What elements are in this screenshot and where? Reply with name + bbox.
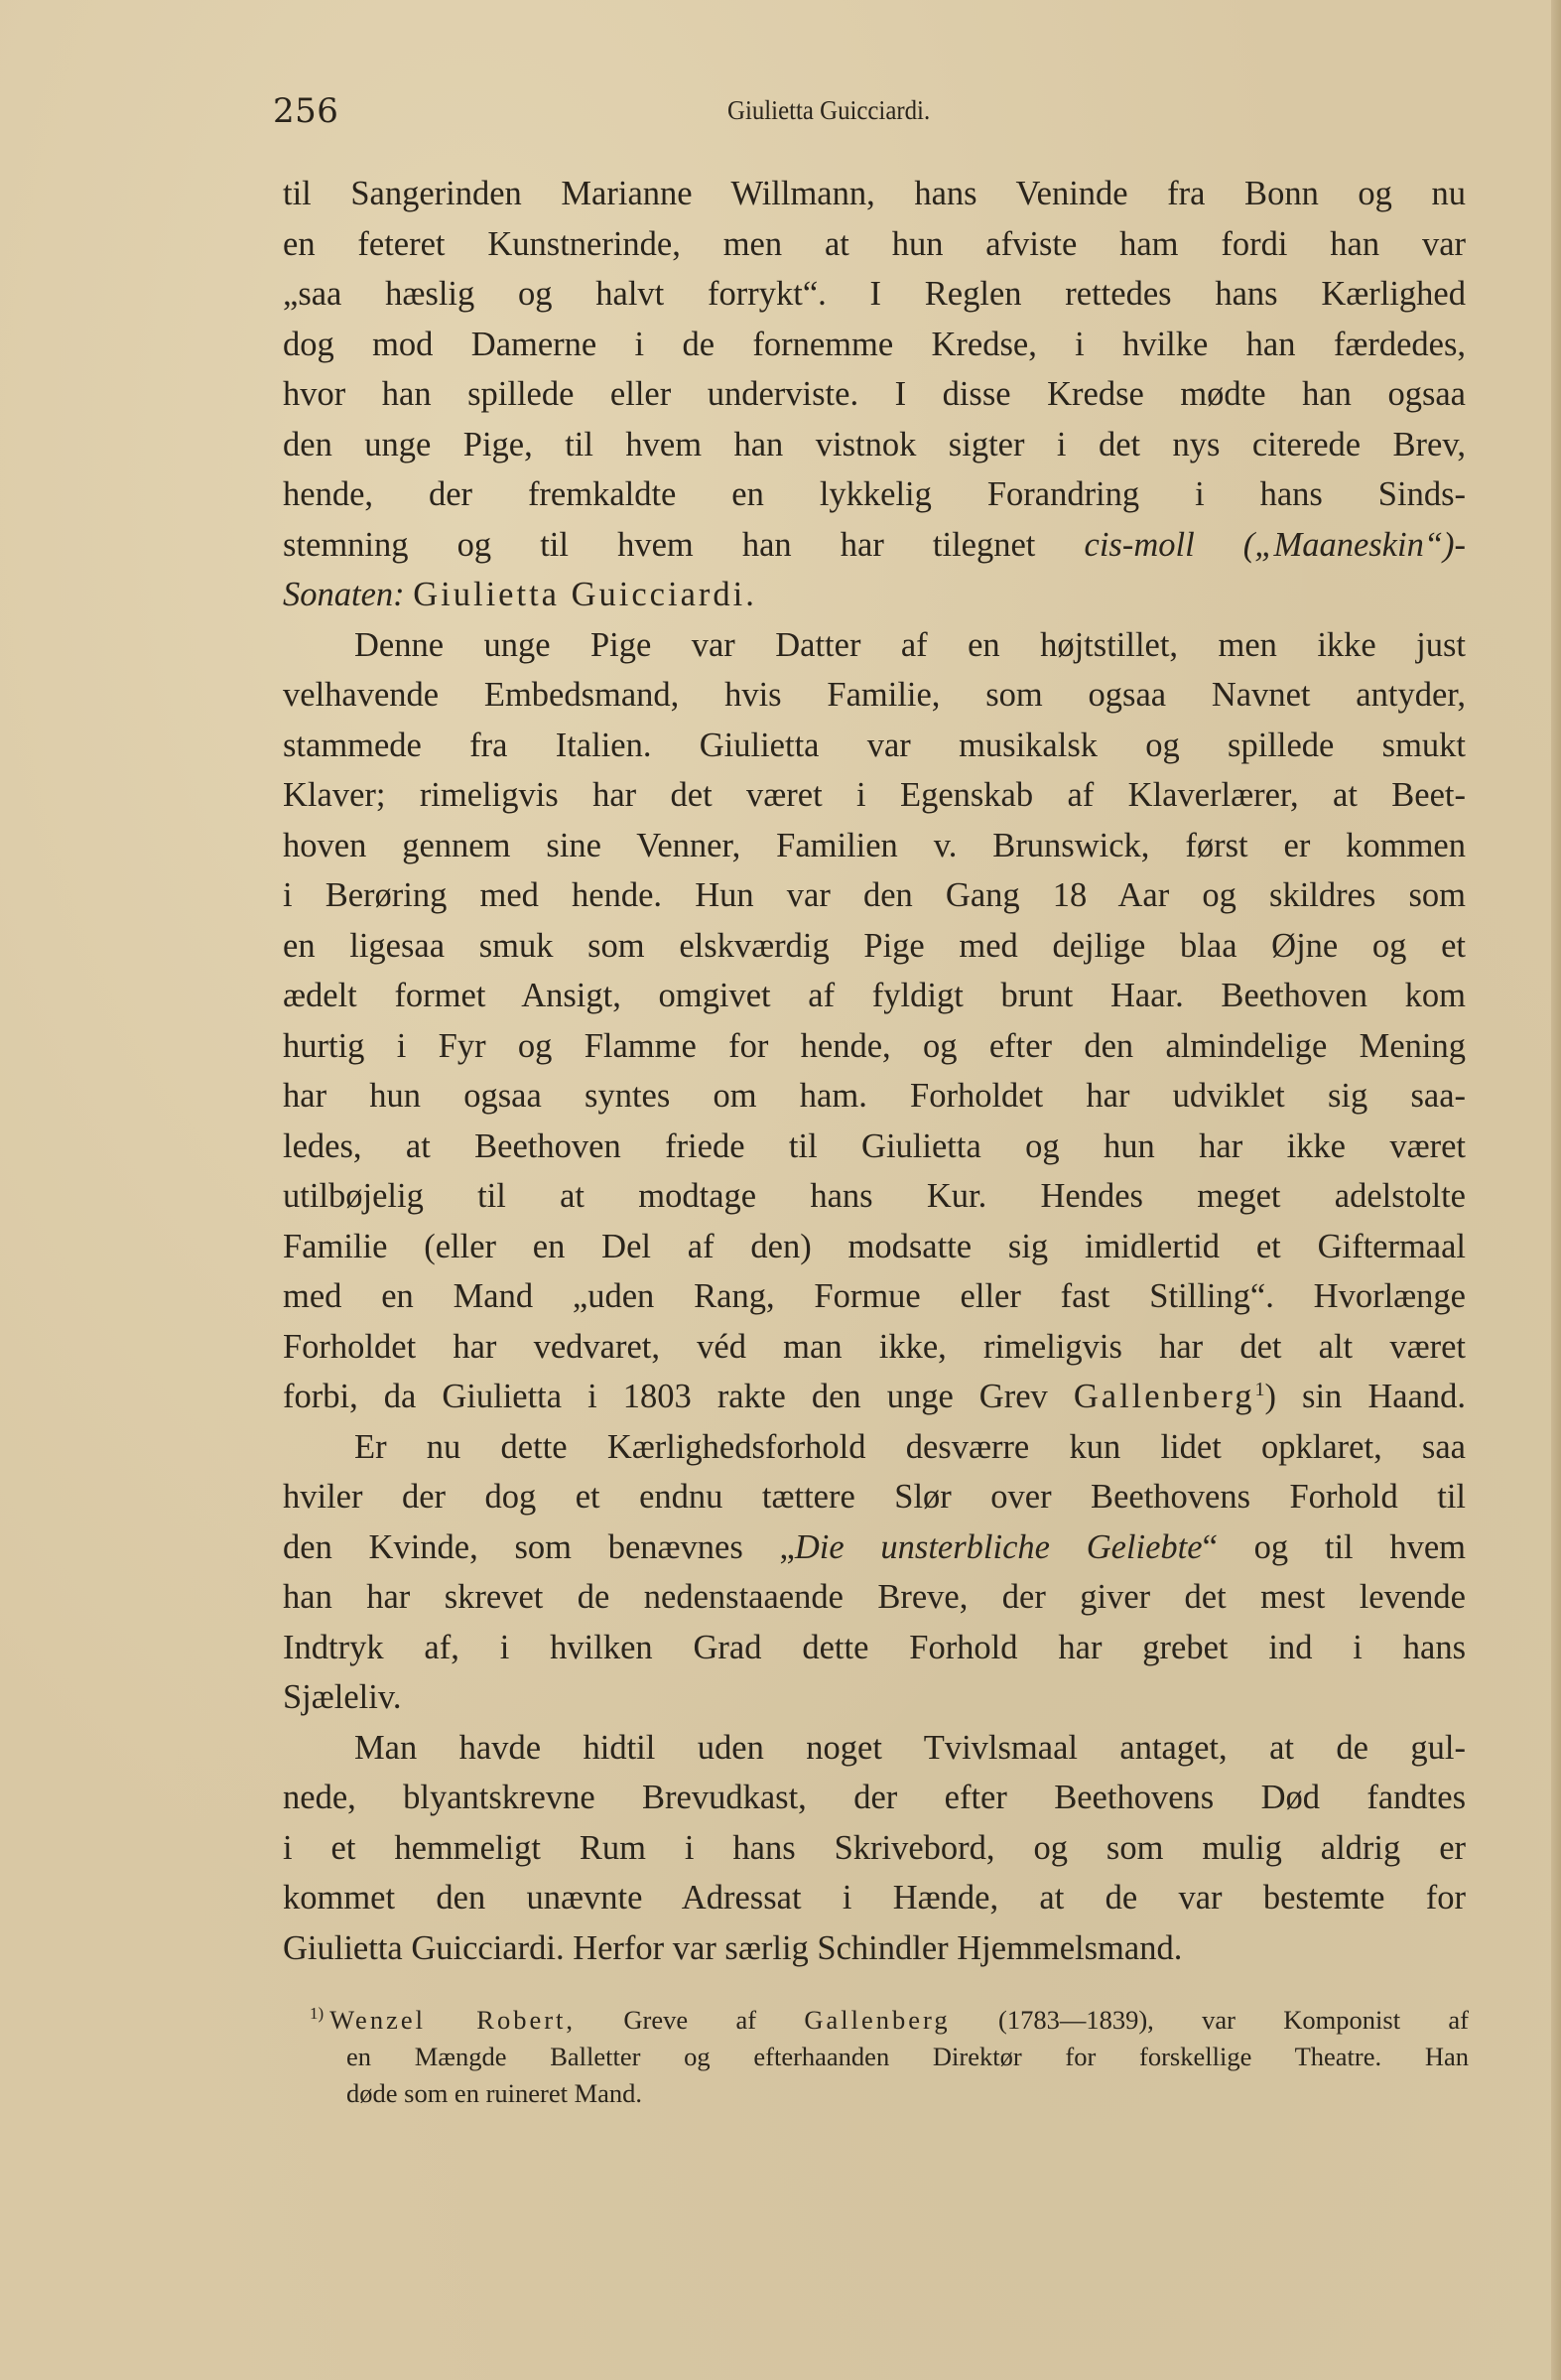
body-text: til Sangerinden Marianne Willmann, hans … xyxy=(283,169,1466,1973)
text-run: den Kvinde, som benævnes „ xyxy=(283,1528,795,1566)
text-line: nede, blyantskrevne Brevudkast, der efte… xyxy=(283,1773,1466,1823)
text-line: hende, der fremkaldte en lykkelig Forand… xyxy=(283,469,1466,520)
text-line: til Sangerinden Marianne Willmann, hans … xyxy=(283,169,1466,219)
text-line: Sjæleliv. xyxy=(283,1672,1466,1723)
text-line: en feteret Kunstnerinde, men at hun afvi… xyxy=(283,219,1466,270)
text-line: har hun ogsaa syntes om ham. Forholdet h… xyxy=(283,1071,1466,1122)
paragraph-start-line: Man havde hidtil uden noget Tvivlsmaal a… xyxy=(283,1723,1466,1774)
text-line: i et hemmeligt Rum i hans Skrivebord, og… xyxy=(283,1823,1466,1874)
text-line: hviler der dog et endnu tættere Slør ove… xyxy=(283,1472,1466,1522)
paragraph-start-line: Denne unge Pige var Datter af en højtsti… xyxy=(283,620,1466,671)
text-line: stammede fra Italien. Giulietta var musi… xyxy=(283,721,1466,771)
text-line: Forholdet har vedvaret, véd man ikke, ri… xyxy=(283,1322,1466,1373)
text-run: stemning og til hvem han har tilegnet xyxy=(283,526,1085,564)
text-line: kommet den unævnte Adressat i Hænde, at … xyxy=(283,1873,1466,1923)
footnote-line: en Mængde Balletter og efterhaanden Dire… xyxy=(310,2039,1469,2075)
text-line: den unge Pige, til hvem han vistnok sigt… xyxy=(283,420,1466,470)
paragraph-start-line: Er nu dette Kærlighedsforhold desværre k… xyxy=(283,1422,1466,1473)
text-line: dog mod Damerne i de fornemme Kredse, i … xyxy=(283,320,1466,370)
text-line: „saa hæslig og halvt forrykt“. I Reglen … xyxy=(283,269,1466,320)
footnote-line: 1)Wenzel Robert, Greve af Gallenberg (17… xyxy=(310,2002,1469,2039)
text-line: ledes, at Beethoven friede til Giulietta… xyxy=(283,1122,1466,1172)
text-line: Giulietta Guicciardi. Herfor var særlig … xyxy=(283,1923,1466,1974)
italic-title: Sonaten: xyxy=(283,576,405,613)
text-line: velhavende Embedsmand, hvis Familie, som… xyxy=(283,670,1466,721)
spaced-name: Gallenberg xyxy=(804,2005,950,2035)
text-line: en ligesaa smuk som elskværdig Pige med … xyxy=(283,921,1466,972)
text-line: Familie (eller en Del af den) modsatte s… xyxy=(283,1222,1466,1272)
text-line: utilbøjelig til at modtage hans Kur. Hen… xyxy=(283,1171,1466,1222)
page-number: 256 xyxy=(273,91,338,131)
text-line: Klaver; rimeligvis har det været i Egens… xyxy=(283,770,1466,821)
italic-title: cis-moll („Maaneskin“)- xyxy=(1085,526,1466,564)
footnote-reference[interactable]: 1 xyxy=(1254,1379,1264,1400)
text-run: Greve af xyxy=(576,2005,804,2035)
text-line: i Berøring med hende. Hun var den Gang 1… xyxy=(283,870,1466,921)
page-header: 256 Giulietta Guicciardi. xyxy=(273,91,1469,141)
page-edge-shadow xyxy=(1551,0,1561,2380)
italic-quote: Die unsterbliche Geliebte xyxy=(795,1528,1203,1566)
footnote-line: døde som en ruineret Mand. xyxy=(310,2075,1469,2112)
text-line: den Kvinde, som benævnes „Die unsterblic… xyxy=(283,1522,1466,1573)
spaced-name: Giulietta Guicciardi. xyxy=(413,576,757,613)
text-line: med en Mand „uden Rang, Formue eller fas… xyxy=(283,1271,1466,1322)
spaced-name: Gallenberg xyxy=(1074,1378,1255,1415)
text-line: han har skrevet de nedenstaaende Breve, … xyxy=(283,1572,1466,1623)
footnote-marker: 1) xyxy=(310,2004,324,2023)
text-line: Indtryk af, i hvilken Grad dette Forhold… xyxy=(283,1623,1466,1673)
text-line: Sonaten: Giulietta Guicciardi. xyxy=(283,570,1466,620)
text-line: forbi, da Giulietta i 1803 rakte den ung… xyxy=(283,1372,1466,1422)
text-line: hurtig i Fyr og Flamme for hende, og eft… xyxy=(283,1021,1466,1072)
text-line: ædelt formet Ansigt, omgivet af fyldigt … xyxy=(283,971,1466,1021)
footnote: 1)Wenzel Robert, Greve af Gallenberg (17… xyxy=(310,2002,1469,2112)
running-head: Giulietta Guicciardi. xyxy=(727,95,930,126)
text-run: (1783—1839), var Komponist af xyxy=(951,2005,1469,2035)
text-line: stemning og til hvem han har tilegnet ci… xyxy=(283,520,1466,571)
spaced-name: Wenzel Robert, xyxy=(329,2005,576,2035)
text-line: hvor han spillede eller underviste. I di… xyxy=(283,369,1466,420)
text-line: hoven gennem sine Venner, Familien v. Br… xyxy=(283,821,1466,871)
text-run: “ og til hvem xyxy=(1203,1528,1466,1566)
text-run: ) sin Haand. xyxy=(1264,1378,1466,1415)
text-run: forbi, da Giulietta i 1803 rakte den ung… xyxy=(283,1378,1074,1415)
